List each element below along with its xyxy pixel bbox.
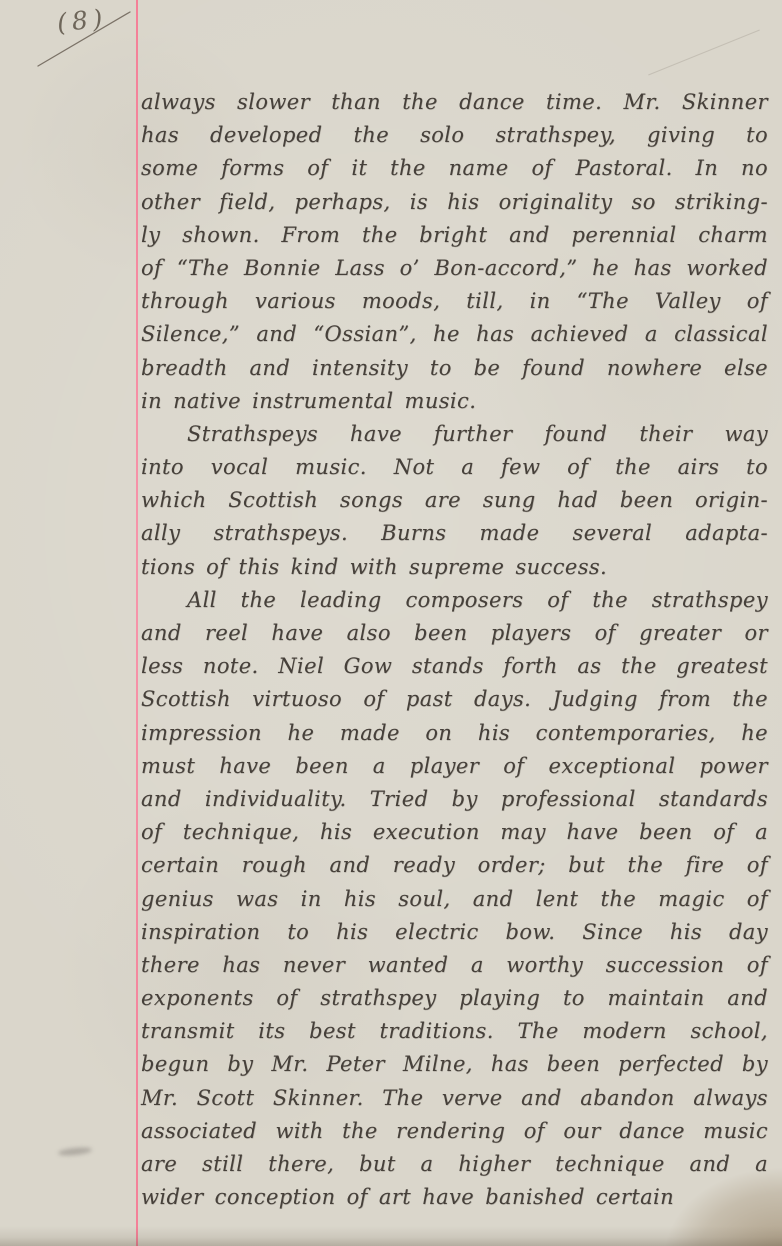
manuscript-text: always slower than the dance time. Mr. S…: [141, 86, 768, 1214]
page-bottom-edge-shadow: [0, 1226, 782, 1246]
manuscript-line: into vocal music. Not a few of the airs …: [141, 451, 768, 484]
manuscript-line: inspiration to his electric bow. Since h…: [141, 916, 768, 949]
manuscript-line: begun by Mr. Peter Milne, has been perfe…: [141, 1048, 768, 1081]
manuscript-line: other field, perhaps, is his originality…: [141, 186, 768, 219]
manuscript-line: and individuality. Tried by professional…: [141, 783, 768, 816]
manuscript-line: of technique, his execution may have bee…: [141, 816, 768, 849]
manuscript-line: has developed the solo strathspey, givin…: [141, 119, 768, 152]
manuscript-line: Silence,” and “Ossian”, he has achieved …: [141, 318, 768, 351]
manuscript-line: ly shown. From the bright and perennial …: [141, 219, 768, 252]
manuscript-line: exponents of strathspey playing to maint…: [141, 982, 768, 1015]
manuscript-line: through various moods, till, in “The Val…: [141, 285, 768, 318]
manuscript-line: which Scottish songs are sung had been o…: [141, 484, 768, 517]
manuscript-line: impression he made on his contemporaries…: [141, 717, 768, 750]
pencil-smudge: [58, 1146, 93, 1157]
manuscript-line: of “The Bonnie Lass o’ Bon-accord,” he h…: [141, 252, 768, 285]
manuscript-line: always slower than the dance time. Mr. S…: [141, 86, 768, 119]
manuscript-line: certain rough and ready order; but the f…: [141, 849, 768, 882]
manuscript-line: ally strathspeys. Burns made several ada…: [141, 517, 768, 550]
manuscript-line: Strathspeys have further found their way: [141, 418, 768, 451]
manuscript-line: and reel have also been players of great…: [141, 617, 768, 650]
page-number: (8): [56, 3, 109, 37]
manuscript-line: less note. Niel Gow stands forth as the …: [141, 650, 768, 683]
manuscript-line: there has never wanted a worthy successi…: [141, 949, 768, 982]
manuscript-line: must have been a player of exceptional p…: [141, 750, 768, 783]
manuscript-line: some forms of it the name of Pastoral. I…: [141, 152, 768, 185]
manuscript-page: (8) always slower than the dance time. M…: [0, 0, 782, 1246]
manuscript-line: All the leading composers of the straths…: [141, 584, 768, 617]
manuscript-line: Scottish virtuoso of past days. Judging …: [141, 683, 768, 716]
paper-crease: [648, 30, 760, 76]
manuscript-line: breadth and intensity to be found nowher…: [141, 352, 768, 385]
page-curl-shadow: [582, 1096, 782, 1246]
manuscript-line: tions of this kind with supreme success.: [141, 551, 768, 584]
manuscript-line: in native instrumental music.: [141, 385, 768, 418]
manuscript-line: transmit its best traditions. The modern…: [141, 1015, 768, 1048]
manuscript-line: genius was in his soul, and lent the mag…: [141, 883, 768, 916]
margin-rule-line: [136, 0, 138, 1246]
